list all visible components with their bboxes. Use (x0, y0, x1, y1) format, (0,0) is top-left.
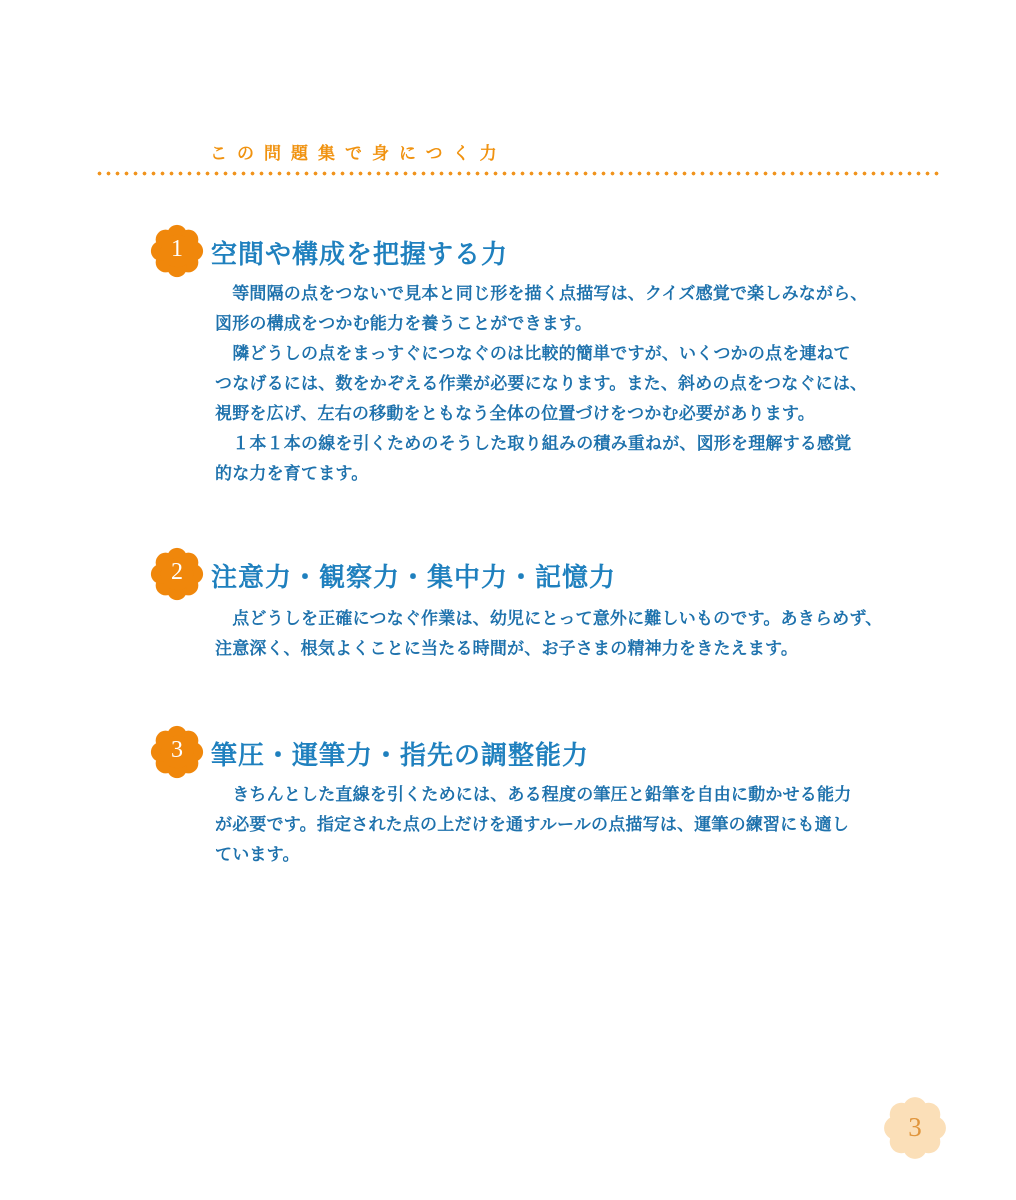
section-3-number: 3 (150, 725, 204, 779)
section-1-title: 空間や構成を把握する力 (211, 234, 508, 271)
section-1-flower-badge: 1 (150, 224, 204, 278)
section-1-body: 等間隔の点をつないで見本と同じ形を描く点描写は、クイズ感覚で楽しみながら、 図形… (215, 279, 915, 489)
dotted-divider (95, 171, 941, 176)
section-3-flower-badge: 3 (150, 725, 204, 779)
section-2-flower-badge: 2 (150, 547, 204, 601)
section-3-title: 筆圧・運筆力・指先の調整能力 (211, 735, 589, 772)
page-title: この問題集で身につく力 (210, 139, 507, 164)
section-1-number: 1 (150, 224, 204, 278)
section-2-body: 点どうしを正確につなぐ作業は、幼児にとって意外に難しいものです。あきらめず、 注… (215, 604, 915, 664)
section-3-body: きちんとした直線を引くためには、ある程度の筆圧と鉛筆を自由に動かせる能力 が必要… (215, 780, 915, 870)
page-number: 3 (883, 1095, 947, 1161)
section-2-title: 注意力・観察力・集中力・記憶力 (211, 557, 616, 594)
section-2-number: 2 (150, 547, 204, 601)
page-number-flower: 3 (883, 1095, 947, 1161)
